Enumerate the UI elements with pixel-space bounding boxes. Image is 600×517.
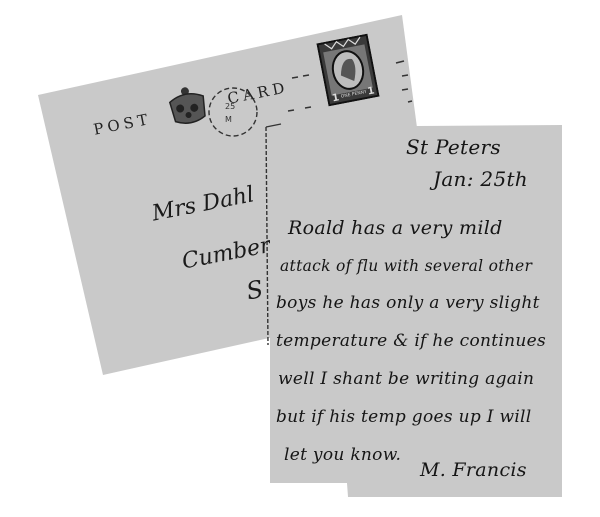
message-line-7: let you know. — [284, 445, 401, 465]
postcard-photo: POST CARD 25 M — [0, 0, 600, 517]
postmark: 25 M — [205, 84, 261, 140]
date-text: Jan: 25th — [433, 167, 528, 191]
message-line-3: boys he has only a very slight — [276, 293, 540, 313]
svg-text:M: M — [225, 115, 232, 124]
message-line-1: Roald has a very mild — [288, 217, 503, 239]
message-line-2: attack of flu with several other — [280, 257, 532, 275]
svg-text:25: 25 — [225, 102, 235, 111]
message-line-5: well I shant be writing again — [278, 369, 534, 389]
signature: M. Francis — [420, 459, 527, 481]
message-card: St Peters Jan: 25th Roald has a very mil… — [270, 125, 562, 497]
place-text: St Peters — [406, 135, 501, 159]
message-line-6: but if his temp goes up I will — [276, 407, 532, 427]
message-line-4: temperature & if he continues — [276, 331, 546, 351]
